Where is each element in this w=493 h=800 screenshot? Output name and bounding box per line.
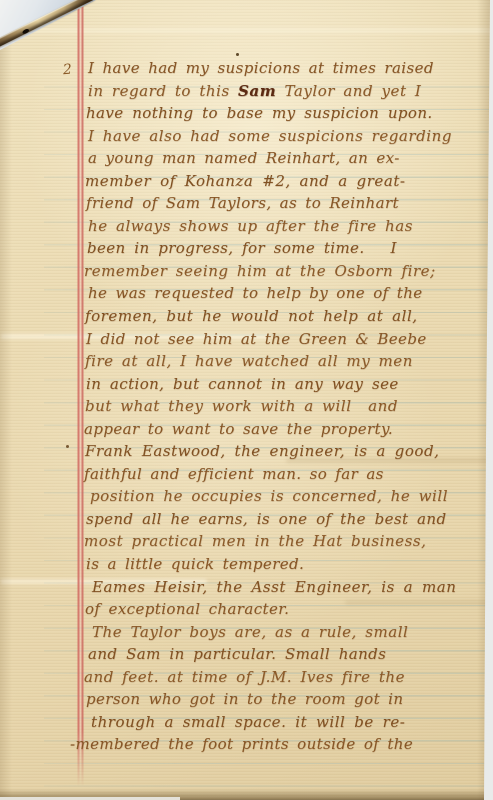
- handwritten-line: faithful and efficient man. so far as: [84, 463, 488, 486]
- handwritten-text: been in progress, for some time. I: [87, 239, 397, 257]
- handwritten-text: in regard to this: [88, 82, 238, 100]
- handwritten-line: I have also had some suspicions regardin…: [88, 125, 488, 148]
- handwritten-line: been in progress, for some time. I: [87, 237, 488, 260]
- handwritten-text: The Taylor boys are, as a rule, small: [92, 623, 408, 641]
- notebook-page: 2 I have had my suspicions at times rais…: [0, 0, 493, 800]
- handwritten-line: a young man named Reinhart, an ex-: [88, 147, 488, 170]
- handwritten-line: and feet. at time of J.M. Ives fire the: [84, 666, 488, 689]
- handwritten-line: in action, but cannot in any way see: [86, 373, 488, 396]
- handwritten-line: through a small space. it will be re-: [91, 711, 488, 734]
- handwritten-text: remember seeing him at the Osborn fire;: [84, 262, 436, 280]
- handwritten-line: member of Kohanza #2, and a great-: [85, 170, 488, 193]
- handwritten-line: I have had my suspicions at times raised: [88, 57, 488, 80]
- handwritten-line: foremen, but he would not help at all,: [85, 305, 488, 328]
- handwritten-line: position he occupies is concerned, he wi…: [90, 485, 488, 508]
- handwritten-text: through a small space. it will be re-: [91, 713, 405, 731]
- handwritten-text: Taylor and yet I: [276, 82, 421, 100]
- handwritten-text: faithful and efficient man. so far as: [84, 465, 384, 483]
- red-margin-line: [77, 0, 84, 794]
- handwritten-text: is a little quick tempered.: [86, 555, 304, 573]
- handwritten-text: most practical men in the Hat business,: [84, 532, 426, 550]
- scanned-document-photo: 2 I have had my suspicions at times rais…: [0, 0, 493, 800]
- handwritten-text: fire at all, I have watched all my men: [85, 352, 413, 370]
- handwritten-line: spend all he earns, is one of the best a…: [86, 508, 488, 531]
- handwritten-line: he was requested to help by one of the: [88, 282, 488, 305]
- handwritten-line: but what they work with a will and: [85, 395, 488, 418]
- handwritten-line: friend of Sam Taylors, as to Reinhart: [86, 192, 488, 215]
- handwritten-text: I did not see him at the Green & Beebe: [86, 330, 427, 348]
- handwritten-line: Eames Heisir, the Asst Engineer, is a ma…: [92, 576, 488, 599]
- ink-speck: [236, 53, 239, 56]
- handwritten-text: have nothing to base my suspicion upon.: [86, 104, 433, 122]
- handwritten-text: and Sam in particular. Small hands: [88, 645, 386, 663]
- handwritten-text: Eames Heisir, the Asst Engineer, is a ma…: [92, 578, 456, 596]
- handwritten-text: friend of Sam Taylors, as to Reinhart: [86, 194, 399, 212]
- handwritten-text: he was requested to help by one of the: [88, 284, 423, 302]
- handwritten-text: he always shows up after the fire has: [88, 217, 413, 235]
- handwritten-line: fire at all, I have watched all my men: [85, 350, 488, 373]
- handwritten-line: in regard to this Sam Taylor and yet I: [88, 80, 488, 103]
- handwritten-text: I have also had some suspicions regardin…: [88, 127, 452, 145]
- handwritten-line: I did not see him at the Green & Beebe: [86, 328, 488, 351]
- handwritten-text: but what they work with a will and: [85, 397, 398, 415]
- handwritten-text: -membered the foot prints outside of the: [70, 735, 413, 753]
- page-number: 2: [63, 63, 73, 78]
- handwritten-text: appear to want to save the property.: [84, 420, 393, 438]
- handwritten-text: Frank Eastwood, the engineer, is a good,: [85, 442, 439, 460]
- handwriting-block: I have had my suspicions at times raised…: [88, 57, 488, 756]
- handwritten-line: appear to want to save the property.: [84, 418, 488, 441]
- handwritten-line: Frank Eastwood, the engineer, is a good,: [85, 440, 488, 463]
- handwritten-line: of exceptional character.: [85, 598, 488, 621]
- handwritten-line: he always shows up after the fire has: [88, 215, 488, 238]
- handwritten-line: most practical men in the Hat business,: [84, 530, 488, 553]
- handwritten-word-emphasis: Sam: [238, 82, 276, 100]
- handwritten-text: of exceptional character.: [85, 600, 289, 618]
- handwritten-line: -membered the foot prints outside of the: [70, 733, 488, 756]
- handwritten-text: position he occupies is concerned, he wi…: [90, 487, 448, 505]
- handwritten-text: a young man named Reinhart, an ex-: [88, 149, 400, 167]
- ink-speck: [66, 445, 69, 448]
- handwritten-line: and Sam in particular. Small hands: [88, 643, 488, 666]
- paper-crease: [0, 28, 493, 33]
- handwritten-text: in action, but cannot in any way see: [86, 375, 399, 393]
- handwritten-text: I have had my suspicions at times raised: [88, 59, 434, 77]
- handwritten-line: is a little quick tempered.: [86, 553, 488, 576]
- handwritten-text: and feet. at time of J.M. Ives fire the: [84, 668, 405, 686]
- handwritten-line: have nothing to base my suspicion upon.: [86, 102, 488, 125]
- handwritten-text: spend all he earns, is one of the best a…: [86, 510, 446, 528]
- left-edge-shadow: [0, 0, 12, 800]
- handwritten-line: remember seeing him at the Osborn fire;: [84, 260, 488, 283]
- handwritten-text: person who got in to the room got in: [86, 690, 403, 708]
- handwritten-line: person who got in to the room got in: [86, 688, 488, 711]
- handwritten-text: foremen, but he would not help at all,: [85, 307, 418, 325]
- handwritten-line: The Taylor boys are, as a rule, small: [92, 621, 488, 644]
- handwritten-text: member of Kohanza #2, and a great-: [85, 172, 406, 190]
